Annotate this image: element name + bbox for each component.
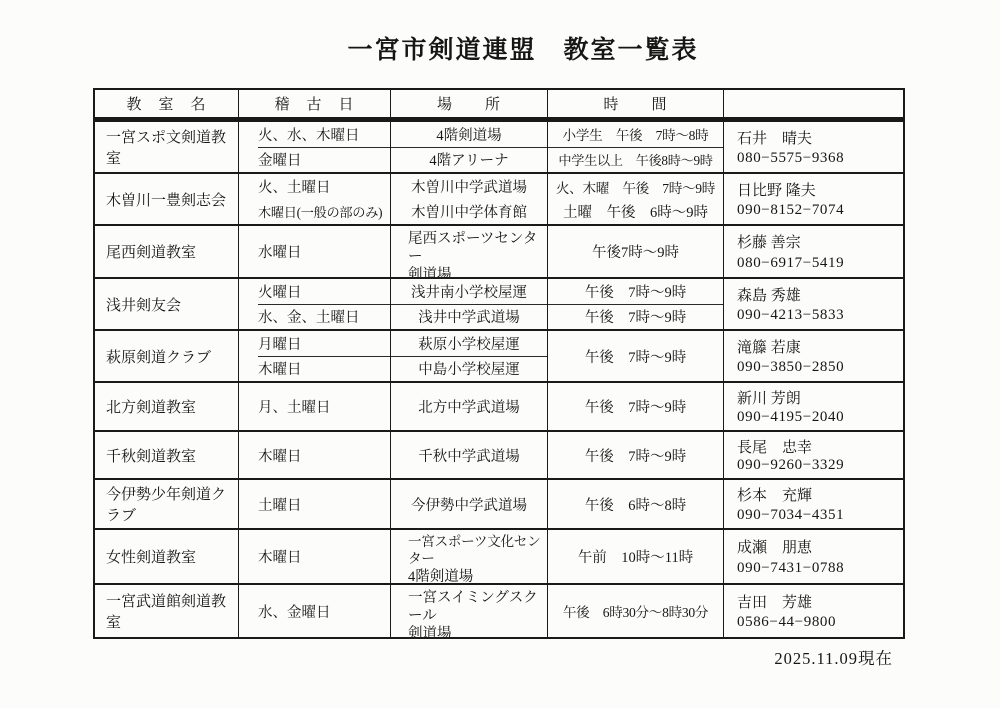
location: 浅井中学武道場 xyxy=(391,304,547,330)
table-row: 千秋剣道教室 木曜日 千秋中学武道場 午後 7時〜9時 長尾 忠幸 090−92… xyxy=(95,430,903,478)
practice-days-cell: 水曜日 xyxy=(238,226,390,277)
location: 木曽川中学体育館 xyxy=(391,199,547,224)
class-name: 萩原剣道クラブ xyxy=(95,331,238,381)
practice-days-cell: 月、土曜日 xyxy=(238,383,390,430)
table-row: 木曽川一豊剣志会 火、土曜日 木曜日(一般の部のみ) 木曽川中学武道場 木曽川中… xyxy=(95,172,903,224)
location: 北方中学武道場 xyxy=(418,396,520,417)
location: 千秋中学武道場 xyxy=(418,445,520,466)
contact-name: 石井 晴夫 xyxy=(737,127,812,148)
contact-name: 新川 芳朗 xyxy=(737,387,801,408)
contact-cell: 石井 晴夫 080−5575−9368 xyxy=(723,122,903,172)
practice-day: 水、金、土曜日 xyxy=(258,304,390,330)
location: 一宮スイミングスクール xyxy=(408,589,547,625)
practice-day: 月、土曜日 xyxy=(258,396,390,417)
practice-day: 木曜日 xyxy=(258,445,390,466)
table-row: 女性剣道教室 木曜日 一宮スポーツ文化センター 4階剣道場 午前 10時〜11時… xyxy=(95,528,903,583)
table-row: 尾西剣道教室 水曜日 尾西スポーツセンター 剣道場 午後7時〜9時 杉藤 善宗 … xyxy=(95,224,903,277)
header-contact xyxy=(723,90,903,117)
practice-day: 水曜日 xyxy=(258,241,390,262)
time-slot: 中学生以上 午後8時〜9時 xyxy=(548,147,723,173)
time-slot: 午後 7時〜9時 xyxy=(548,304,723,330)
table-row: 今伊勢少年剣道クラブ 土曜日 今伊勢中学武道場 午後 6時〜8時 杉本 充輝 0… xyxy=(95,478,903,528)
practice-days-cell: 木曜日 xyxy=(238,530,390,583)
class-name: 女性剣道教室 xyxy=(95,530,238,583)
time-slot: 午後 6時〜8時 xyxy=(585,494,687,515)
time-cell: 午後 7時〜9時 xyxy=(547,432,723,478)
class-name: 今伊勢少年剣道クラブ xyxy=(95,480,238,528)
class-name: 一宮スポ文剣道教室 xyxy=(95,122,238,172)
practice-days-cell: 火、土曜日 木曜日(一般の部のみ) xyxy=(238,174,390,224)
class-name: 尾西剣道教室 xyxy=(95,226,238,277)
location: 4階剣道場 xyxy=(391,122,547,147)
classes-table: 教 室 名 稽 古 日 場 所 時 間 一宮スポ文剣道教室 火、水、木曜日 金曜… xyxy=(93,88,905,639)
time-cell: 午後7時〜9時 xyxy=(547,226,723,277)
practice-day: 土曜日 xyxy=(258,494,390,515)
practice-day: 水、金曜日 xyxy=(258,601,390,622)
table-row: 北方剣道教室 月、土曜日 北方中学武道場 午後 7時〜9時 新川 芳朗 090−… xyxy=(95,381,903,430)
practice-days-cell: 木曜日 xyxy=(238,432,390,478)
contact-cell: 成瀬 朋恵 090−7431−0788 xyxy=(723,530,903,583)
location: 剣道場 xyxy=(408,625,452,637)
contact-name: 滝籐 若康 xyxy=(737,336,801,357)
time-slot: 午後 7時〜9時 xyxy=(585,396,687,417)
class-name: 北方剣道教室 xyxy=(95,383,238,430)
location: 浅井南小学校屋運 xyxy=(391,279,547,304)
contact-phone: 090−4195−2040 xyxy=(737,409,844,426)
location: 今伊勢中学武道場 xyxy=(411,494,527,515)
time-cell: 午後 7時〜9時 xyxy=(547,383,723,430)
contact-phone: 090−3850−2850 xyxy=(737,359,844,376)
location-cell: 千秋中学武道場 xyxy=(390,432,547,478)
location: 剣道場 xyxy=(408,266,452,277)
table-row: 一宮スポ文剣道教室 火、水、木曜日 金曜日 4階剣道場 4階アリーナ 小学生 午… xyxy=(95,120,903,172)
time-slot: 午後7時〜9時 xyxy=(592,241,679,262)
practice-days-cell: 火、水、木曜日 金曜日 xyxy=(238,122,390,172)
location: 尾西スポーツセンター xyxy=(408,230,547,266)
location-cell: 尾西スポーツセンター 剣道場 xyxy=(390,226,547,277)
contact-cell: 日比野 隆夫 090−8152−7074 xyxy=(723,174,903,224)
contact-cell: 新川 芳朗 090−4195−2040 xyxy=(723,383,903,430)
contact-phone: 090−8152−7074 xyxy=(737,202,844,219)
location-cell: 一宮スポーツ文化センター 4階剣道場 xyxy=(390,530,547,583)
contact-name: 長尾 忠幸 xyxy=(737,436,812,457)
contact-name: 日比野 隆夫 xyxy=(737,179,816,200)
contact-cell: 吉田 芳雄 0586−44−9800 xyxy=(723,585,903,637)
contact-cell: 杉本 充輝 090−7034−4351 xyxy=(723,480,903,528)
table-row: 一宮武道館剣道教室 水、金曜日 一宮スイミングスクール 剣道場 午後 6時30分… xyxy=(95,583,903,637)
location-cell: 北方中学武道場 xyxy=(390,383,547,430)
time-cell: 午後 6時〜8時 xyxy=(547,480,723,528)
contact-name: 吉田 芳雄 xyxy=(737,591,812,612)
contact-cell: 杉藤 善宗 080−6917−5419 xyxy=(723,226,903,277)
practice-days-cell: 水、金曜日 xyxy=(238,585,390,637)
practice-days-cell: 火曜日 水、金、土曜日 xyxy=(238,279,390,329)
time-cell: 午後 6時30分〜8時30分 xyxy=(547,585,723,637)
time-cell: 午前 10時〜11時 xyxy=(547,530,723,583)
time-slot: 午前 10時〜11時 xyxy=(578,546,693,567)
practice-days-cell: 月曜日 木曜日 xyxy=(238,331,390,381)
header-practice-day: 稽 古 日 xyxy=(238,90,390,117)
contact-cell: 森島 秀雄 090−4213−5833 xyxy=(723,279,903,329)
time-cell: 午後 7時〜9時 xyxy=(547,331,723,381)
practice-day: 火曜日 xyxy=(258,279,390,304)
practice-day: 火、土曜日 xyxy=(258,174,390,199)
location-cell: 萩原小学校屋運 中島小学校屋運 xyxy=(390,331,547,381)
class-name: 一宮武道館剣道教室 xyxy=(95,585,238,637)
time-cell: 火、木曜 午後 7時〜9時 土曜 午後 6時〜9時 xyxy=(547,174,723,224)
location: 萩原小学校屋運 xyxy=(391,331,547,356)
location: 木曽川中学武道場 xyxy=(391,174,547,199)
location-cell: 浅井南小学校屋運 浅井中学武道場 xyxy=(390,279,547,329)
class-name: 浅井剣友会 xyxy=(95,279,238,329)
time-slot: 土曜 午後 6時〜9時 xyxy=(548,199,723,224)
time-slot: 午後 6時30分〜8時30分 xyxy=(563,601,708,621)
location: 4階アリーナ xyxy=(391,147,547,173)
practice-day: 木曜日 xyxy=(258,356,390,382)
contact-name: 森島 秀雄 xyxy=(737,284,801,305)
contact-phone: 090−9260−3329 xyxy=(737,457,844,474)
contact-name: 杉本 充輝 xyxy=(737,484,812,505)
header-location: 場 所 xyxy=(390,90,547,117)
contact-name: 杉藤 善宗 xyxy=(737,231,801,252)
location-cell: 4階剣道場 4階アリーナ xyxy=(390,122,547,172)
contact-phone: 080−5575−9368 xyxy=(737,150,844,167)
contact-phone: 090−7431−0788 xyxy=(737,560,844,577)
location-cell: 一宮スイミングスクール 剣道場 xyxy=(390,585,547,637)
practice-day: 木曜日 xyxy=(258,546,390,567)
contact-phone: 090−4213−5833 xyxy=(737,307,844,324)
location-cell: 今伊勢中学武道場 xyxy=(390,480,547,528)
location: 4階剣道場 xyxy=(408,568,473,583)
practice-day: 月曜日 xyxy=(258,331,390,356)
location: 一宮スポーツ文化センター xyxy=(408,534,547,568)
table-row: 萩原剣道クラブ 月曜日 木曜日 萩原小学校屋運 中島小学校屋運 午後 7時〜9時… xyxy=(95,329,903,381)
table-header-row: 教 室 名 稽 古 日 場 所 時 間 xyxy=(95,90,903,120)
practice-day: 金曜日 xyxy=(258,147,390,173)
practice-days-cell: 土曜日 xyxy=(238,480,390,528)
location-cell: 木曽川中学武道場 木曽川中学体育館 xyxy=(390,174,547,224)
time-slot: 小学生 午後 7時〜8時 xyxy=(548,122,723,147)
contact-phone: 080−6917−5419 xyxy=(737,255,844,272)
contact-cell: 滝籐 若康 090−3850−2850 xyxy=(723,331,903,381)
time-slot: 午後 7時〜9時 xyxy=(548,279,723,304)
time-slot: 火、木曜 午後 7時〜9時 xyxy=(548,174,723,199)
contact-name: 成瀬 朋恵 xyxy=(737,536,812,557)
header-time: 時 間 xyxy=(547,90,723,117)
time-slot: 午後 7時〜9時 xyxy=(585,445,687,466)
class-name: 千秋剣道教室 xyxy=(95,432,238,478)
page-title: 一宮市剣道連盟 教室一覧表 xyxy=(93,30,953,66)
location: 中島小学校屋運 xyxy=(391,356,547,382)
practice-day: 木曜日(一般の部のみ) xyxy=(258,199,390,224)
contact-phone: 090−7034−4351 xyxy=(737,507,844,524)
contact-cell: 長尾 忠幸 090−9260−3329 xyxy=(723,432,903,478)
as-of-date: 2025.11.09現在 xyxy=(93,645,893,669)
contact-phone: 0586−44−9800 xyxy=(737,614,836,631)
practice-day: 火、水、木曜日 xyxy=(258,122,390,147)
time-slot: 午後 7時〜9時 xyxy=(585,346,687,367)
header-class-name: 教 室 名 xyxy=(95,90,238,117)
class-name: 木曽川一豊剣志会 xyxy=(95,174,238,224)
time-cell: 午後 7時〜9時 午後 7時〜9時 xyxy=(547,279,723,329)
time-cell: 小学生 午後 7時〜8時 中学生以上 午後8時〜9時 xyxy=(547,122,723,172)
table-row: 浅井剣友会 火曜日 水、金、土曜日 浅井南小学校屋運 浅井中学武道場 午後 7時… xyxy=(95,277,903,329)
